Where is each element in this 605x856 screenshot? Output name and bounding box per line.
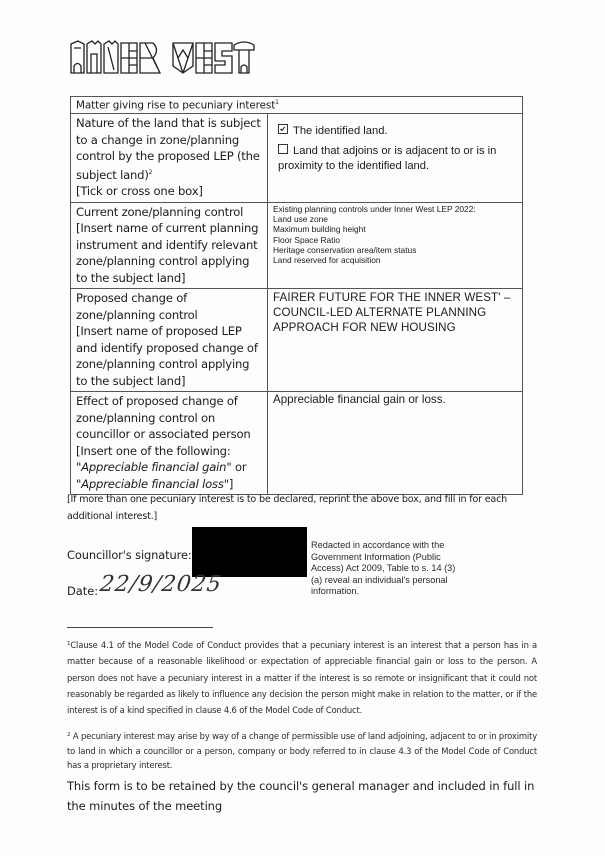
table-row-proposed-change: Proposed change of zone/planning control… [71, 289, 523, 392]
label-main: Effect of proposed change of zone/planni… [76, 394, 251, 441]
list-item: Existing planning controls under Inner W… [273, 204, 518, 214]
value-nature-of-land: The identified land. Land that adjoins o… [268, 114, 523, 202]
label-nature-of-land: Nature of the land that is subject to a … [71, 114, 268, 202]
footnote-1: 1Clause 4.1 of the Model Code of Conduct… [67, 637, 537, 718]
footnote-ref-2[interactable]: 2 [149, 169, 153, 176]
footnote-text: Clause 4.1 of the Model Code of Conduct … [67, 640, 537, 715]
option-gain-text: Appreciable financial gain [81, 460, 226, 474]
reprint-note: [If more than one pecuniary interest is … [67, 491, 537, 525]
footnote-marker: 1 [67, 641, 70, 647]
value-effect: Appreciable financial gain or loss. [268, 392, 523, 495]
date-value: 22/9/2025 [98, 572, 223, 597]
label-main: Current zone/planning control [76, 205, 243, 219]
label-instruction: [Insert name of proposed LEP and identif… [76, 324, 258, 388]
label-instruction: [Insert one of the following: [76, 444, 231, 458]
label-proposed-change: Proposed change of zone/planning control… [71, 289, 268, 392]
pecuniary-interest-table: Matter giving rise to pecuniary interest… [70, 96, 523, 495]
value-proposed-change: FAIRER FUTURE FOR THE INNER WEST' – COUN… [268, 289, 523, 392]
or-text: or [231, 460, 246, 474]
list-item: Heritage conservation area/item status [273, 245, 518, 255]
table-title-text: Matter giving rise to pecuniary interest [76, 99, 275, 111]
signature-label: Councillor's signature: [67, 548, 192, 562]
list-item: Floor Space Ratio [273, 235, 518, 245]
checkbox-empty-icon[interactable] [278, 144, 288, 154]
table-row-effect: Effect of proposed change of zone/planni… [71, 392, 523, 495]
label-main: Nature of the land that is subject to a … [76, 116, 261, 181]
table-row-current-zone: Current zone/planning control [Insert na… [71, 202, 523, 289]
value-current-zone: Existing planning controls under Inner W… [268, 202, 523, 289]
option-label: Land that adjoins or is adjacent to or i… [278, 145, 496, 172]
label-current-zone: Current zone/planning control [Insert na… [71, 202, 268, 289]
redaction-note: Redacted in accordance with the Governme… [311, 540, 461, 598]
label-main: Proposed change of zone/planning control [76, 291, 198, 322]
footnote-marker: 2 [67, 732, 70, 738]
checkbox-checked-icon[interactable] [278, 124, 288, 134]
table-row-nature-of-land: Nature of the land that is subject to a … [71, 114, 523, 202]
option-identified-land[interactable]: The identified land. [273, 124, 518, 137]
footnote-ref-1[interactable]: 1 [275, 99, 279, 106]
footnote-text: A pecuniary interest may arise by way of… [67, 731, 537, 770]
option-adjoining-land[interactable]: Land that adjoins or is adjacent to or i… [273, 144, 518, 174]
date-label: Date: [67, 584, 98, 598]
label-effect: Effect of proposed change of zone/planni… [71, 392, 268, 495]
label-instruction: [Tick or cross one box] [76, 184, 203, 198]
table-title: Matter giving rise to pecuniary interest… [71, 97, 523, 114]
option-loss-text: Appreciable financial loss [81, 477, 224, 491]
footnote-2: 2 A pecuniary interest may arise by way … [67, 729, 537, 773]
retention-note: This form is to be retained by the counc… [67, 776, 542, 816]
option-label: The identified land. [293, 125, 388, 137]
list-item: Land reserved for acquisition [273, 255, 518, 265]
footnote-divider [67, 627, 213, 628]
inner-west-logo [70, 40, 296, 74]
list-item: Maximum building height [273, 224, 518, 234]
signature-redaction-box [192, 527, 307, 577]
list-item: Land use zone [273, 214, 518, 224]
label-instruction: [Insert name of current planning instrum… [76, 221, 258, 285]
